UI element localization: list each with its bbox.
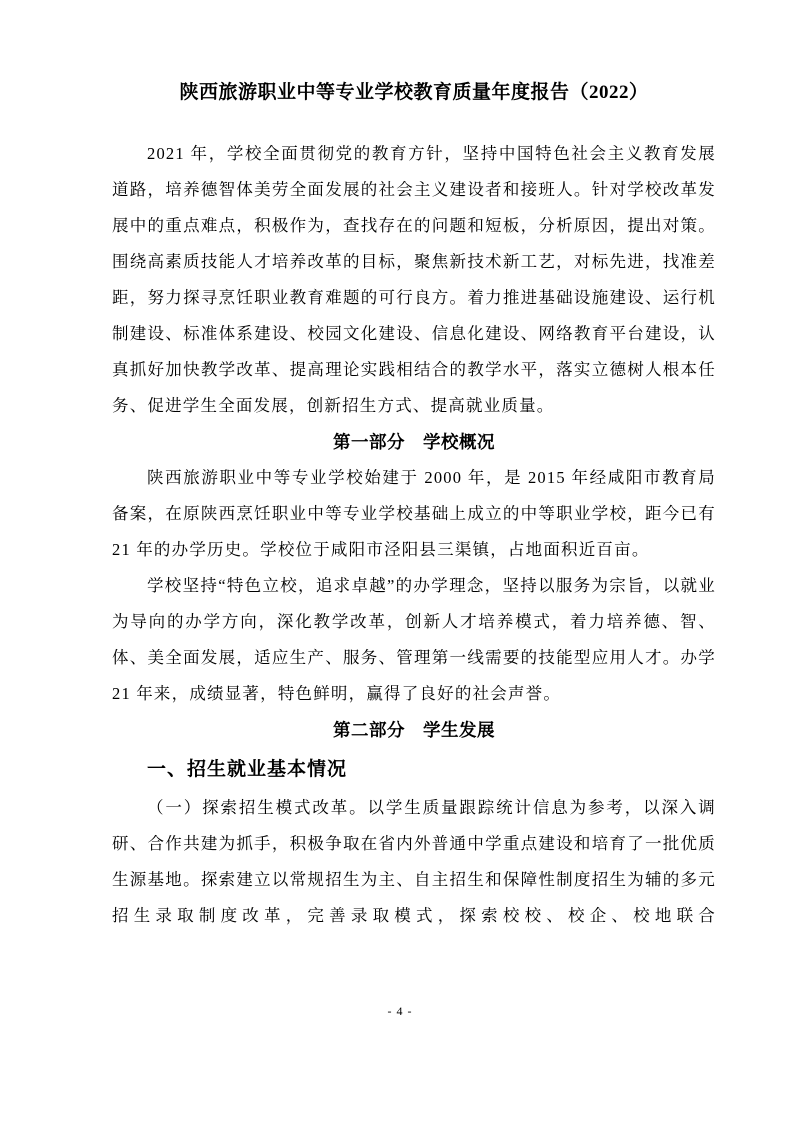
section-1-paragraph-1: 陕西旅游职业中等专业学校始建于 2000 年，是 2015 年经咸阳市教育局备案…: [112, 460, 716, 568]
section-1-paragraph-2: 学校坚持“特色立校，追求卓越”的办学理念，坚持以服务为宗旨，以就业为导向的办学方…: [112, 568, 716, 712]
document-content: 陕西旅游职业中等专业学校教育质量年度报告（2022） 2021 年，学校全面贯彻…: [112, 70, 716, 934]
intro-paragraph: 2021 年，学校全面贯彻党的教育方针，坚持中国特色社会主义教育发展道路，培养德…: [112, 136, 716, 424]
section-1-heading: 第一部分 学校概况: [112, 424, 716, 460]
section-2-paragraph-1: （一）探索招生模式改革。以学生质量跟踪统计信息为参考，以深入调研、合作共建为抓手…: [112, 790, 716, 934]
section-2-heading: 第二部分 学生发展: [112, 712, 716, 748]
document-title: 陕西旅游职业中等专业学校教育质量年度报告（2022）: [112, 78, 716, 108]
page-number: - 4 -: [0, 1004, 800, 1019]
subsection-1-heading: 一、招生就业基本情况: [112, 750, 716, 790]
document-page: 陕西旅游职业中等专业学校教育质量年度报告（2022） 2021 年，学校全面贯彻…: [0, 0, 800, 1131]
